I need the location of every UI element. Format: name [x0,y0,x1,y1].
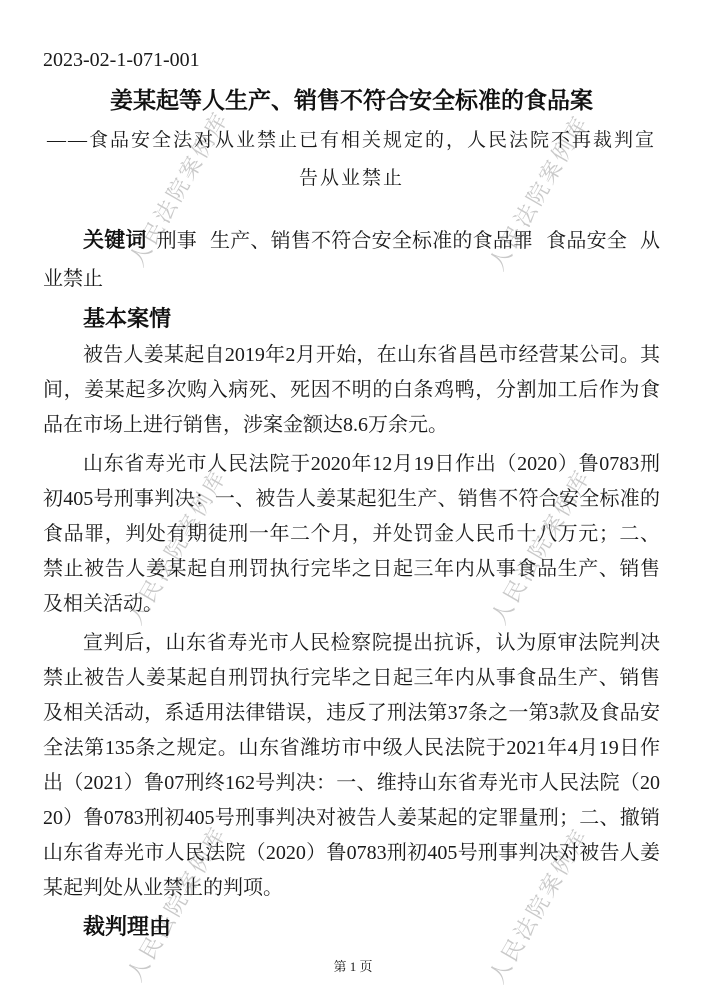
document-title: 姜某起等人生产、销售不符合安全标准的食品案 [43,84,660,116]
section-heading-basic-facts: 基本案情 [43,304,660,334]
paragraph: 山东省寿光市人民法院于2020年12月19日作出（2020）鲁0783刑初405… [43,447,660,622]
document-body: 2023-02-1-071-001 姜某起等人生产、销售不符合安全标准的食品案 … [0,0,706,942]
keyword-term: 食品安全 [546,230,627,252]
paragraph: 宣判后，山东省寿光市人民检察院提出抗诉，认为原审法院判决禁止被告人姜某起自刑罚执… [43,626,660,906]
section-heading-adjudication-reasons: 裁判理由 [43,912,660,942]
document-page: 人民法院案例库 人民法院案例库 人民法院案例库 人民法院案例库 人民法院案例库 … [0,0,706,999]
keyword-term: 生产、销售不符合安全标准的食品罪 [210,230,533,252]
paragraph: 被告人姜某起自2019年2月开始，在山东省昌邑市经营某公司。其间，姜某起多次购入… [43,338,660,443]
keyword-term: 刑事 [157,230,197,252]
keywords-label: 关键词 [83,229,147,252]
document-subtitle: ——食品安全法对从业禁止已有相关规定的，人民法院不再裁判宣告从业禁止 [43,122,660,198]
case-number: 2023-02-1-071-001 [43,48,660,72]
keywords-line: 关键词刑事生产、销售不符合安全标准的食品罪食品安全从业禁止 [43,222,660,298]
page-number: 第 1 页 [0,956,706,975]
